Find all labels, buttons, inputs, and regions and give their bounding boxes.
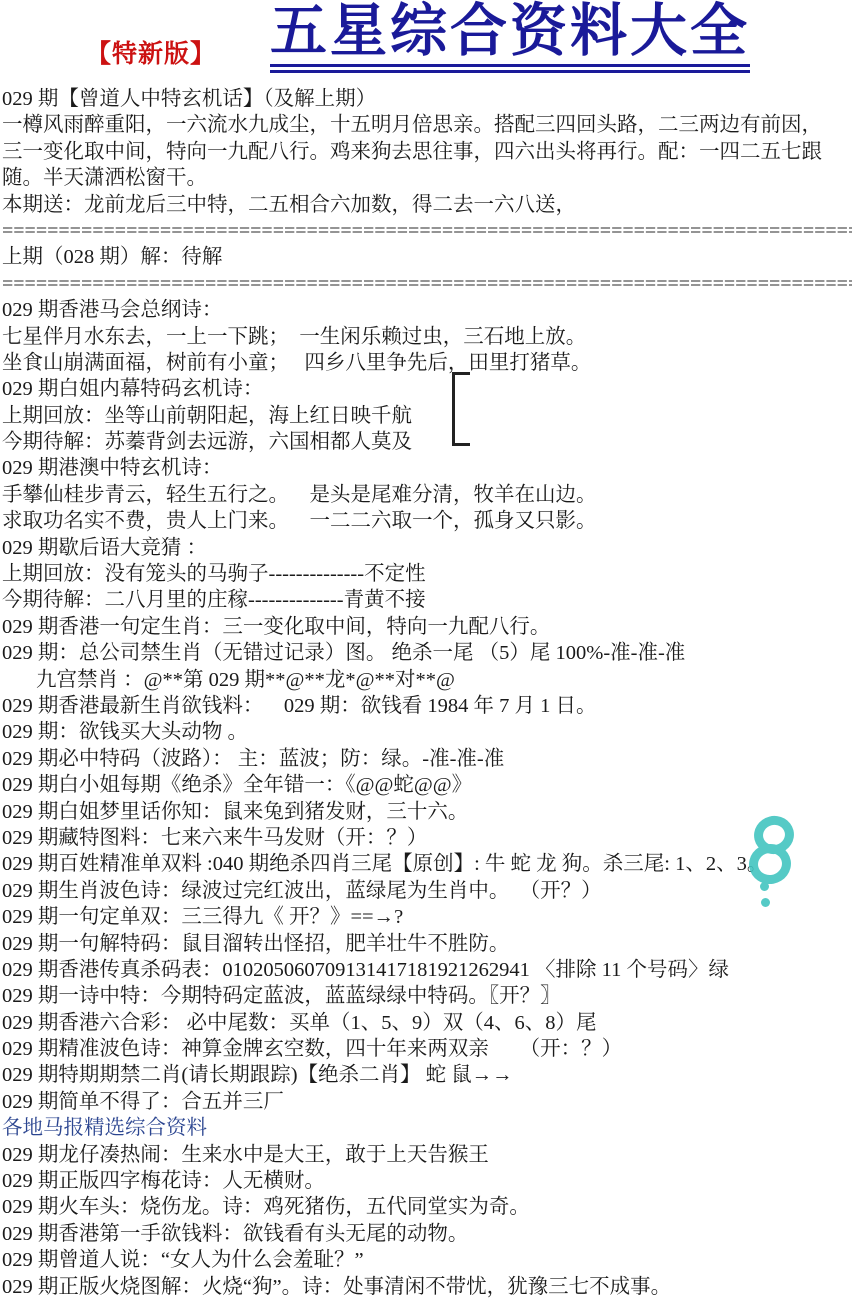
content-line: 029 期歇后语大竞猜 ： <box>2 535 852 561</box>
content-line: 029 期曾道人说：“女人为什么会羞耻？” <box>2 1247 852 1273</box>
content-line: 029 期一句解特码：鼠目溜转出怪招，肥羊壮牛不胜防。 <box>2 931 852 957</box>
content-line: 上期回放：没有笼头的马驹子--------------不定性 <box>2 561 852 587</box>
content-line: 029 期正版火烧图解：火烧“狗”。诗：处事清闲不带忧，犹豫三七不成事。 <box>2 1274 852 1300</box>
content-line: 029 期龙仔凑热闹：生来水中是大王，敢于上天告猴王 <box>2 1142 852 1168</box>
content-line: 029 期港澳中特玄机诗： <box>2 455 852 481</box>
content-line: 029 期白姐内幕特码玄机诗： <box>2 376 852 402</box>
title-wrap: 五星综合资料大全 <box>0 2 852 73</box>
content-line: 029 期一句定单双：三三得九《 开？》==→? <box>2 904 852 930</box>
page-title: 五星综合资料大全 <box>270 2 750 73</box>
content-line: 029 期精准波色诗：神算金牌玄空数，四十年来两双亲 （开：？） <box>2 1036 852 1062</box>
content-line: 029 期香港最新生肖欲钱料： 029 期：欲钱看 1984 年 7 月 1 日… <box>2 693 852 719</box>
content-line: 七星伴月水东去，一上一下跳； 一生闲乐赖过虫，三石地上放。 <box>2 324 852 350</box>
content-line: 上期回放：坐等山前朝阳起，海上红日映千航 <box>2 403 852 429</box>
content-line: 坐食山崩满面福，树前有小童； 四乡八里争先后，田里打猪草。 <box>2 350 852 376</box>
separator-line: ========================================… <box>2 218 852 244</box>
content-line: 本期送：龙前龙后三中特，二五相合六加数，得二去一六八送， <box>2 192 852 218</box>
content-line: 029 期：总公司禁生肖（无错过记录）图。 绝杀一尾 （5）尾 100%-准-准… <box>2 640 852 666</box>
content-line: 029 期简单不得了：合五并三厂 <box>2 1089 852 1115</box>
content-line: 求取功名实不费，贵人上门来。 一二二六取一个，孤身又只影。 <box>2 508 852 534</box>
content-line: 029 期一诗中特：今期特码定蓝波，蓝蓝绿绿中特码。〖开？〗 <box>2 983 852 1009</box>
content-line: 手攀仙桂步青云，轻生五行之。 是头是尾难分清，牧羊在山边。 <box>2 482 852 508</box>
content-line: 029 期【曾道人中特玄机话】（及解上期） <box>2 86 852 112</box>
separator-line: ========================================… <box>2 271 852 297</box>
page-header: 【特新版】 五星综合资料大全 <box>0 0 852 84</box>
content-line: 029 期白小姐每期《绝杀》全年错一：《@@蛇@@》 <box>2 772 852 798</box>
content-line: 今期待解：二八月里的庄稼--------------青黄不接 <box>2 587 852 613</box>
content-line: 029 期特期期禁二肖(请长期跟踪)【绝杀二肖】 蛇 鼠→→ <box>2 1062 852 1088</box>
content-line: 029 期香港一句定生肖：三一变化取中间，特向一九配八行。 <box>2 614 852 640</box>
content-line: 随。半天潇洒松窗干。 <box>2 165 852 191</box>
content-line: 029 期香港马会总纲诗： <box>2 297 852 323</box>
content-line: 九宫禁肖 ：@**第 029 期**@**龙*@**对**@ <box>2 667 852 693</box>
content-line: 三一变化取中间，特向一九配八行。鸡来狗去思往事，四六出头将再行。配：一四二五七跟 <box>2 139 852 165</box>
content-line: 今期待解：苏蓁背剑去远游，六国相都人莫及 <box>2 429 852 455</box>
content-line: 029 期必中特码（波路）： 主：蓝波；防：绿。-准-准-准 <box>2 746 852 772</box>
content-line: 各地马报精选综合资料 <box>2 1115 852 1141</box>
content-line: 029 期生肖波色诗：绿波过完红波出，蓝绿尾为生肖中。 （开？） <box>2 878 852 904</box>
content-line: 029 期香港传真杀码表：010205060709131417181921262… <box>2 957 852 983</box>
content-line: 029 期香港第一手欲钱料：欲钱看有头无尾的动物。 <box>2 1221 852 1247</box>
content-line: 029 期白姐梦里话你知：鼠来兔到猪发财，三十六。 <box>2 799 852 825</box>
left-bracket-decoration <box>452 372 470 446</box>
content-line: 029 期藏特图料：七来六来牛马发财（开：？） <box>2 825 852 851</box>
content-line: 029 期正版四字梅花诗：人无横财。 <box>2 1168 852 1194</box>
content-line: 上期（028 期）解：待解 <box>2 244 852 270</box>
content-line: 029 期百姓精准单双料 :040 期绝杀四肖三尾【原创】: 牛 蛇 龙 狗。杀… <box>2 851 852 877</box>
document-body: 029 期【曾道人中特玄机话】（及解上期）一樽风雨醉重阳，一六流水九成尘，十五明… <box>2 86 852 1300</box>
content-line: 029 期：欲钱买大头动物 。 <box>2 719 852 745</box>
content-line: 029 期香港六合彩： 必中尾数：买单（1、5、9）双（4、6、8）尾 <box>2 1010 852 1036</box>
content-line: 029 期火车头：烧伤龙。诗：鸡死猪伤，五代同堂实为奇。 <box>2 1194 852 1220</box>
content-line: 一樽风雨醉重阳，一六流水九成尘，十五明月倍思亲。搭配三四回头路，二三两边有前因， <box>2 112 852 138</box>
